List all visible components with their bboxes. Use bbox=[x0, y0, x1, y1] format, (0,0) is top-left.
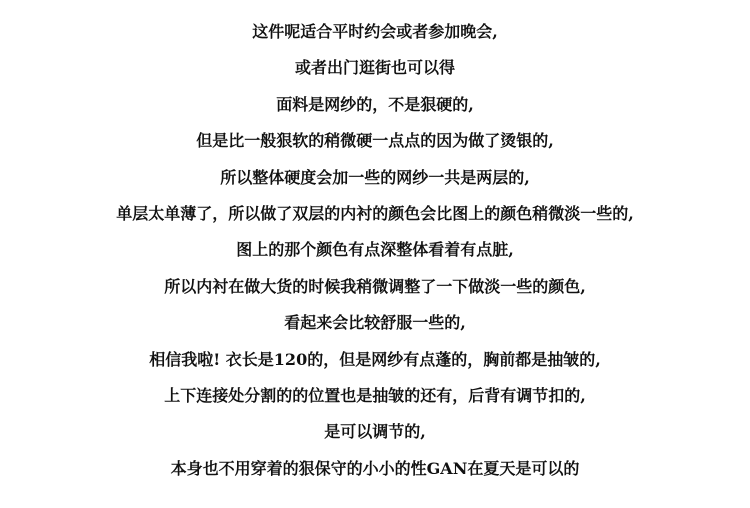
description-line-8: 所以内衬在做大货的时候我稍微调整了一下做淡一些的颜色, bbox=[0, 269, 750, 305]
product-description: 这件呢适合平时约会或者参加晚会, 或者出门逛街也可以得 面料是网纱的，不是狠硬的… bbox=[0, 14, 750, 487]
description-line-1: 这件呢适合平时约会或者参加晚会, bbox=[0, 14, 750, 50]
description-line-13: 本身也不用穿着的狠保守的小小的性GAN在夏天是可以的 bbox=[0, 451, 750, 487]
description-line-11: 上下连接处分割的的位置也是抽皱的还有，后背有调节扣的, bbox=[0, 378, 750, 414]
description-line-6: 单层太单薄了，所以做了双层的内衬的颜色会比图上的颜色稍微淡一些的, bbox=[0, 196, 750, 232]
description-line-10: 相信我啦! 衣长是120的，但是网纱有点蓬的，胸前都是抽皱的, bbox=[0, 342, 750, 378]
description-line-4: 但是比一般狠软的稍微硬一点点的因为做了烫银的, bbox=[0, 123, 750, 159]
description-line-12: 是可以调节的, bbox=[0, 414, 750, 450]
description-line-2: 或者出门逛街也可以得 bbox=[0, 50, 750, 86]
description-line-7: 图上的那个颜色有点深整体看着有点脏, bbox=[0, 232, 750, 268]
description-line-9: 看起来会比较舒服一些的, bbox=[0, 305, 750, 341]
description-line-5: 所以整体硬度会加一些的网纱一共是两层的, bbox=[0, 160, 750, 196]
description-line-3: 面料是网纱的，不是狠硬的, bbox=[0, 87, 750, 123]
